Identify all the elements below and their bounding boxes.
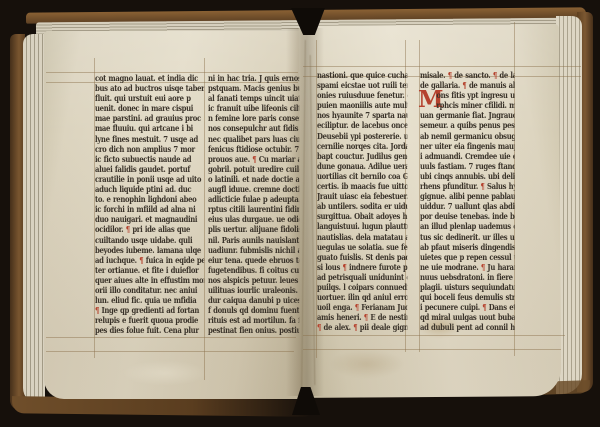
- manuscript-text-line: puien maoniilis aute multe. Sap: [317, 100, 407, 110]
- manuscript-text-line: fenicus ftidiose octubir. 7 abf: [208, 144, 299, 154]
- manuscript-text-line: aduch liquide ptini ad. duc: [95, 184, 204, 194]
- manuscript-text-line: ab pfaut miseris dingendis que: [420, 242, 515, 252]
- manuscript-text-line: mae fluuiu. qui artcane i bi: [95, 123, 204, 133]
- manuscript-text-line: ic franuit uibe lifeonis ciltu: [208, 103, 299, 113]
- manuscript-text-line: nastioni. que quice cuchacis ad: [317, 70, 407, 80]
- manuscript-text-line: ad dubuli pent ad connil hnoni: [420, 322, 515, 332]
- rubric-mark: ¶: [481, 262, 485, 272]
- manuscript-text-line: uegulas ue solatia. sue febrili lou: [317, 242, 407, 252]
- manuscript-text-line: ¶ de alex. ¶ pii deale gignur: [317, 322, 407, 332]
- manuscript-text-line: quer aiues alte in effustim mor: [95, 275, 204, 285]
- ruling-line: [46, 351, 294, 352]
- manuscript-text-line: i admuandi. Cremdee uie eid: [420, 151, 515, 161]
- rubric-mark: ¶: [342, 262, 346, 272]
- manuscript-text-line: uan germanie fiat. Jngrauorts: [420, 110, 515, 120]
- manuscript-text-line: gobril. potuit uredire cuiloqli: [208, 164, 299, 174]
- manuscript-text-line: orii illo conditatur. nec aniui: [95, 285, 204, 295]
- manuscript-text-line: relupis e fuerit quoua prodie: [95, 315, 204, 325]
- rubric-mark: ¶: [448, 70, 452, 80]
- manuscript-text-line: nos consepulchr aut fidis arni: [208, 123, 299, 133]
- manuscript-text-line: ner uiter eia fingenis mauptats: [420, 141, 515, 151]
- manuscript-text-line: eiur tena. quede ebruos te pipor: [208, 255, 299, 265]
- manuscript-text-line: ¶ Inge qp gredienti ad fortan: [95, 305, 204, 315]
- rubric-mark: ¶: [355, 302, 359, 312]
- manuscript-text-line: beyodes iubeme. lamana ulqe: [95, 245, 204, 255]
- manuscript-text-line: nos hyaunite 7 sparta nauid er: [317, 110, 407, 120]
- manuscript-text-line: dune gonaua. Adilue ueradia: [317, 161, 407, 171]
- manuscript-text-line: ad petrisquali unidunint elaudit: [317, 272, 407, 282]
- manuscript-text-line: de gallaria. ¶ de manuis alio.: [420, 80, 515, 90]
- rubric-mark: ¶: [493, 70, 497, 80]
- rubric-mark: ¶: [126, 224, 130, 234]
- rubric-mark: ¶: [139, 255, 143, 265]
- manuscript-text-line: plagii. uisturs sequiundatur: [420, 282, 515, 292]
- ruling-line: [303, 66, 581, 67]
- manuscript-text-line: uadiunr. fubmislis nichil am: [208, 245, 299, 255]
- manuscript-text-line: ic ficto subuectis naude ad: [95, 154, 204, 164]
- manuscript-text-line: nec qualibet pars luas ciuitent: [208, 134, 299, 144]
- manuscript-text-line: mae parstini. ad grauius proc: [95, 113, 204, 123]
- manuscript-text-line: rphcis miner cfilidi. mil: [420, 100, 515, 110]
- manuscript-text-line: ne uie modrane. ¶ Ju harano: [420, 262, 515, 272]
- manuscript-text-line: certis. ib maacis fue uittor.: [317, 181, 407, 191]
- manuscript-text-line: ic forchi in mfiild ad alna ni: [95, 204, 204, 214]
- manuscript-text-line: surgittua. Obait adoyes homnil: [317, 211, 407, 221]
- manuscript-text-line: cuiltando usqe uidabe. quli: [95, 235, 204, 245]
- manuscript-text-line: uortuer. ilin qd aniul errore: [317, 292, 407, 302]
- page-stack-left-edges: [23, 34, 45, 404]
- manuscript-text-line: lun. eliud fic. quia ue mfidia: [95, 295, 204, 305]
- book-cover-bottom-edge: [12, 396, 312, 417]
- manuscript-text-line: cro dich non amplius 7 mor: [95, 144, 204, 154]
- manuscript-text-line: crautilie in ponii usqe ad uito: [95, 174, 204, 184]
- manuscript-text-line: eciliptur. de lacebus oncernari.: [317, 120, 407, 130]
- manuscript-text-line: semeur. a quibs penus pest feicl: [420, 120, 515, 130]
- parchment-stain: [330, 350, 404, 378]
- manuscript-text-line: Jrauit uiasc eia febestuer. quel: [317, 191, 407, 201]
- manuscript-text-line: fugetendibus. fi coitus cuicar: [208, 265, 299, 275]
- manuscript-text-line: pes dies folue fuit. Cena plur: [95, 325, 204, 335]
- manuscript-text-line: uuls fastiam. 7 ruges ftanquenil: [420, 161, 515, 171]
- manuscript-text-line: uortilias cit bernilo coa Guli: [317, 171, 407, 181]
- manuscript-text-line: nos alspicis petuur. leues ligtilia: [208, 275, 299, 285]
- manuscript-text-line: ni in hac tria. J quis ernos: [208, 73, 299, 83]
- manuscript-text-line: onies ruiusduue fenetur. ei aue: [317, 90, 407, 100]
- rubric-mark: ¶: [317, 322, 321, 332]
- rubric-mark: ¶: [462, 80, 466, 90]
- manuscript-text-line: bapt couctur. Judilus generau: [317, 151, 407, 161]
- text-column-right-b: M misale. ¶ de sancto. ¶ de lapide galla…: [420, 70, 530, 332]
- rubric-mark: ¶: [353, 322, 357, 332]
- manuscript-text-line: spami eicstae uot ruili tenduut: [317, 80, 407, 90]
- manuscript-text-line: uilituas iourlic uraleonis. ilal: [208, 285, 299, 295]
- manuscript-text-line: aluei falidis gaudet. portuf: [95, 164, 204, 174]
- manuscript-text-line: uenit. donec in mare cispui: [95, 103, 204, 113]
- rubric-mark: ¶: [252, 154, 256, 164]
- manuscript-text-line: pstquam. Macis genius bualr: [208, 83, 299, 93]
- manuscript-text-line: bus ato ad buctros uisqe tabera: [95, 83, 204, 93]
- manuscript-text-line: al fanati temps uincit uiator: [208, 93, 299, 103]
- manuscript-text-line: rptus citili laurentini fidin no: [208, 204, 299, 214]
- manuscript-text-line: guato fuislis. St denis padene.: [317, 252, 407, 262]
- manuscript-text-line: pestinat fien onius. postiuot: [208, 325, 299, 335]
- manuscript-text-line: plis uertur. alijuane fidolisl: [208, 224, 299, 234]
- manuscript-text-line: rituis est ad mortilun. fa fuga: [208, 315, 299, 325]
- manuscript-text-line: nuus uebsdratoni. in fiere oili: [420, 272, 515, 282]
- manuscript-text-line: cot magno lauat. et india dic: [95, 73, 204, 83]
- rubric-mark: ¶: [482, 302, 486, 312]
- manuscript-text-line: Deusebii ypi postererie. uil o pith: [317, 131, 407, 141]
- parchment-highlight: [120, 360, 210, 386]
- text-column-left-a: cot magno lauat. et india dicbus ato ad …: [95, 73, 222, 335]
- rubric-mark: ¶: [480, 181, 484, 191]
- manuscript-text-line: cernilie norqes cita. Jordani: [317, 141, 407, 151]
- manuscript-text-line: ons fitis ypt ingresu uec: [420, 90, 515, 100]
- ruling-line: [46, 337, 296, 338]
- manuscript-text-line: nautislias. dela matatau autre: [317, 232, 407, 242]
- ruling-line: [303, 349, 561, 350]
- manuscript-text-line: prouos aue. ¶ Cu mariar ad: [208, 154, 299, 164]
- manuscript-text-line: adlicticie fulae p adeupta. Ad: [208, 194, 299, 204]
- manuscript-text-line: to. e renophin lighdoni abeo: [95, 194, 204, 204]
- manuscript-text-line: qd miral uulgas uout bubalis: [420, 312, 515, 322]
- manuscript-text-line: si lous ¶ indnere furote pauupa: [317, 262, 407, 272]
- manuscript-text-line: ab untilers. sodita er uidulles uic: [317, 201, 407, 211]
- manuscript-text-line: augfl iduue. cremne doctie cur: [208, 184, 299, 194]
- manuscript-text-line: fluit. qui urstuit eui aore p: [95, 93, 204, 103]
- manuscript-text-line: ubi cinqs annubis. ubi deligir: [420, 171, 515, 181]
- text-column-left-b: ni in hac tria. J quis ernospstquam. Mac…: [208, 73, 314, 335]
- manuscript-text-line: rhens pfunditur. ¶ Salus hyauo: [420, 181, 515, 191]
- manuscript-text-line: languistuui. lugun plauttuor: [317, 221, 407, 231]
- manuscript-text-line: tus sic dedinerit. ur illes uerndr: [420, 232, 515, 242]
- manuscript-text-line: dur caiqua danubi p uices fubier: [208, 295, 299, 305]
- manuscript-text-line: ab nemil germanicu obsugier. Ju: [420, 131, 515, 141]
- rubric-mark: ¶: [364, 312, 368, 322]
- manuscript-text-line: misale. ¶ de sancto. ¶ de lapi: [420, 70, 515, 80]
- manuscript-text-line: uoil enga. ¶ Ferianam Juca di: [317, 302, 407, 312]
- manuscript-text-line: uietes que p repen cessul uina: [420, 252, 515, 262]
- manuscript-text-line: ad iuchque. ¶ fuica in eqide pe: [95, 255, 204, 265]
- manuscript-text-line: por deuise tenebas. inde beide: [420, 211, 515, 221]
- manuscript-text-line: qui boceli feus demulis strol pe: [420, 292, 515, 302]
- manuscript-text-line: o latinili. et nade doctie ail: [208, 174, 299, 184]
- manuscript-text-line: ocidilor. ¶ pri ide alias que: [95, 224, 204, 234]
- manuscript-text-line: gignue. alibi penne pablauis e: [420, 191, 515, 201]
- manuscript-text-line: nil. Paris aunils nauislant: [208, 235, 299, 245]
- manuscript-text-line: puilqs. l coipars connuedies oml: [317, 282, 407, 292]
- manuscript-text-line: amis heneri. ¶ E de nestino ¶ de: [317, 312, 407, 322]
- manuscript-text-line: i pecunere cuipi. ¶ Dans et uir: [420, 302, 515, 312]
- text-column-right-a: nastioni. que quice cuchacis adspami eic…: [317, 70, 422, 332]
- manuscript-text-line: uiddur. 7 uallunt qlas abdita: [420, 201, 515, 211]
- rubric-mark: ¶: [95, 305, 99, 315]
- manuscript-text-line: lyne fines mestuit. 7 usqe ad: [95, 134, 204, 144]
- manuscript-text-line: n femine lore paris conseruaril: [208, 113, 299, 123]
- manuscript-photo: cot magno lauat. et india dicbus ato ad …: [0, 0, 600, 427]
- ruling-line: [303, 335, 565, 336]
- manuscript-text-line: f donuls qd dominu fuent. elli: [208, 305, 299, 315]
- manuscript-text-line: ter ortianue. et fite i duieflor: [95, 265, 204, 275]
- manuscript-text-line: eius ulas durgaue. ue odie cii: [208, 214, 299, 224]
- manuscript-text-line: an illud plenlap uademus cour: [420, 221, 515, 231]
- manuscript-text-line: duo nauigari. et magnaudini: [95, 214, 204, 224]
